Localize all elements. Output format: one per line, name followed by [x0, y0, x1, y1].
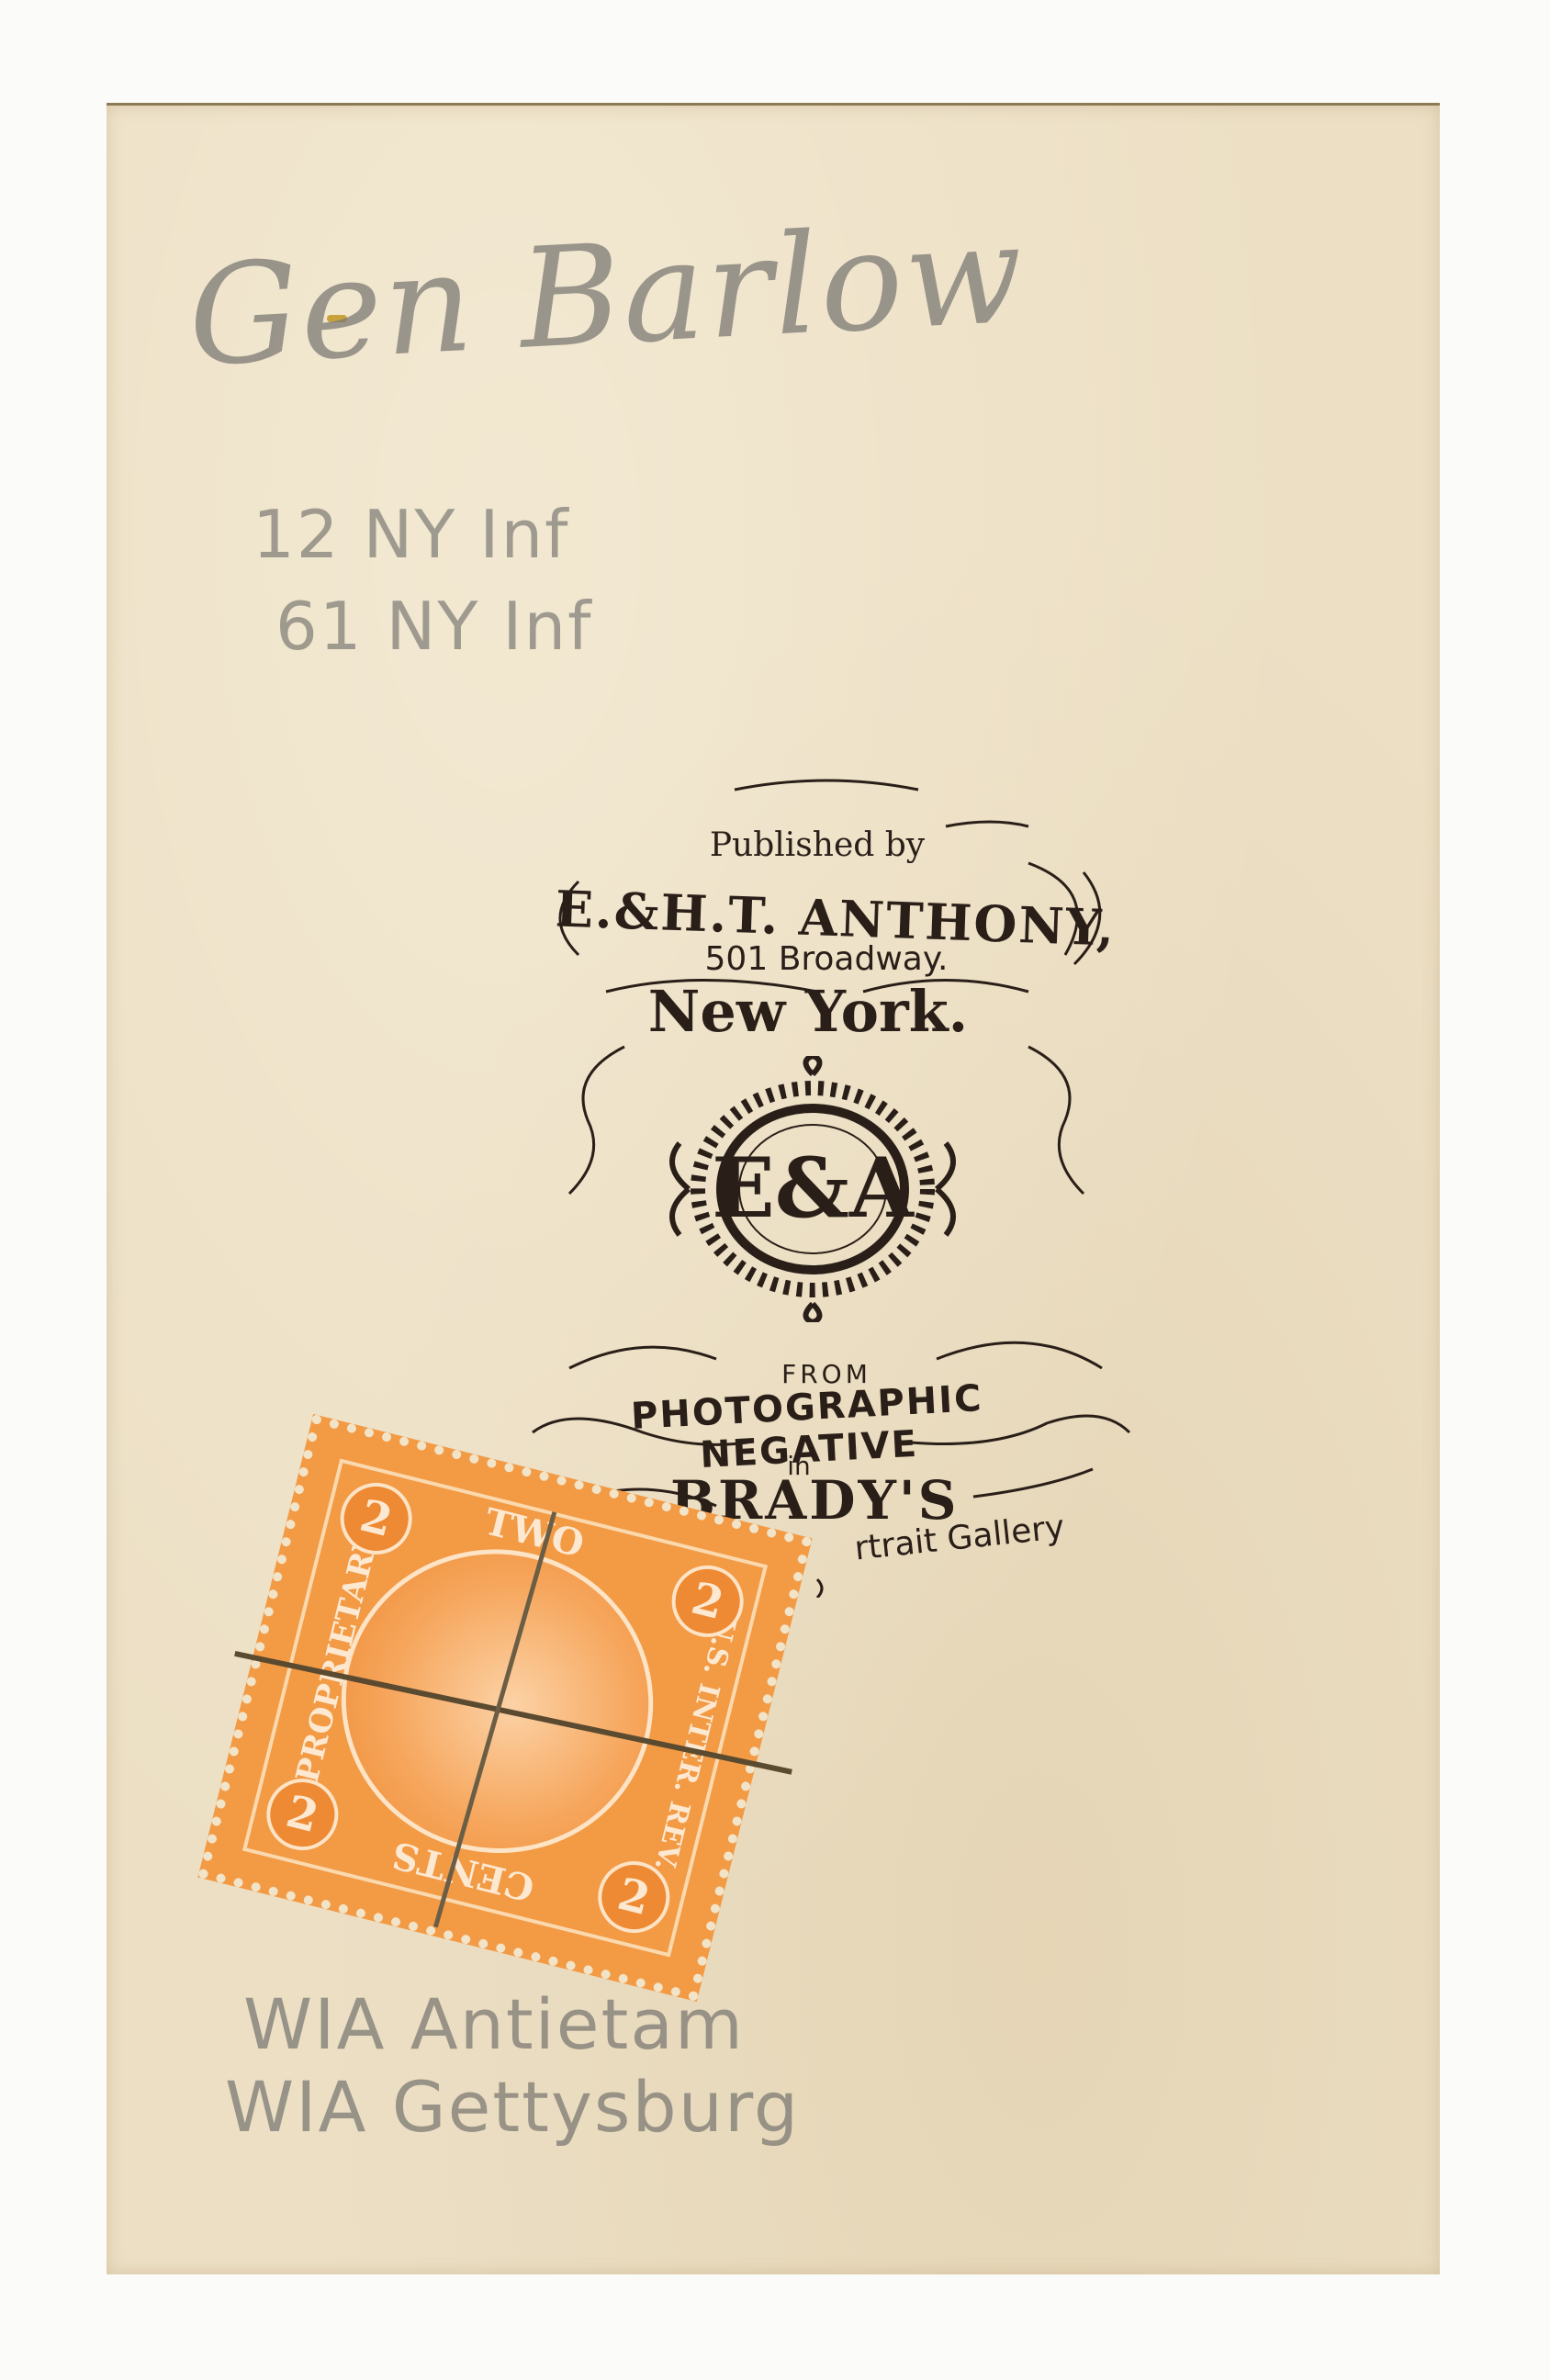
- handwritten-wound-1: WIA Antietam: [243, 1983, 745, 2065]
- handwritten-wound-2: WIA Gettysburg: [225, 2066, 800, 2148]
- handwritten-regiment-2: 61 NY Inf: [275, 588, 592, 665]
- publisher-address: 501 Broadway.: [698, 940, 955, 978]
- svg-text:E&A: E&A: [712, 1139, 915, 1237]
- publisher-city: New York.: [634, 978, 983, 1045]
- handwritten-regiment-1: 12 NY Inf: [253, 496, 569, 573]
- monogram-emblem: E&A: [652, 1056, 973, 1322]
- published-by-label: Published by: [698, 826, 937, 864]
